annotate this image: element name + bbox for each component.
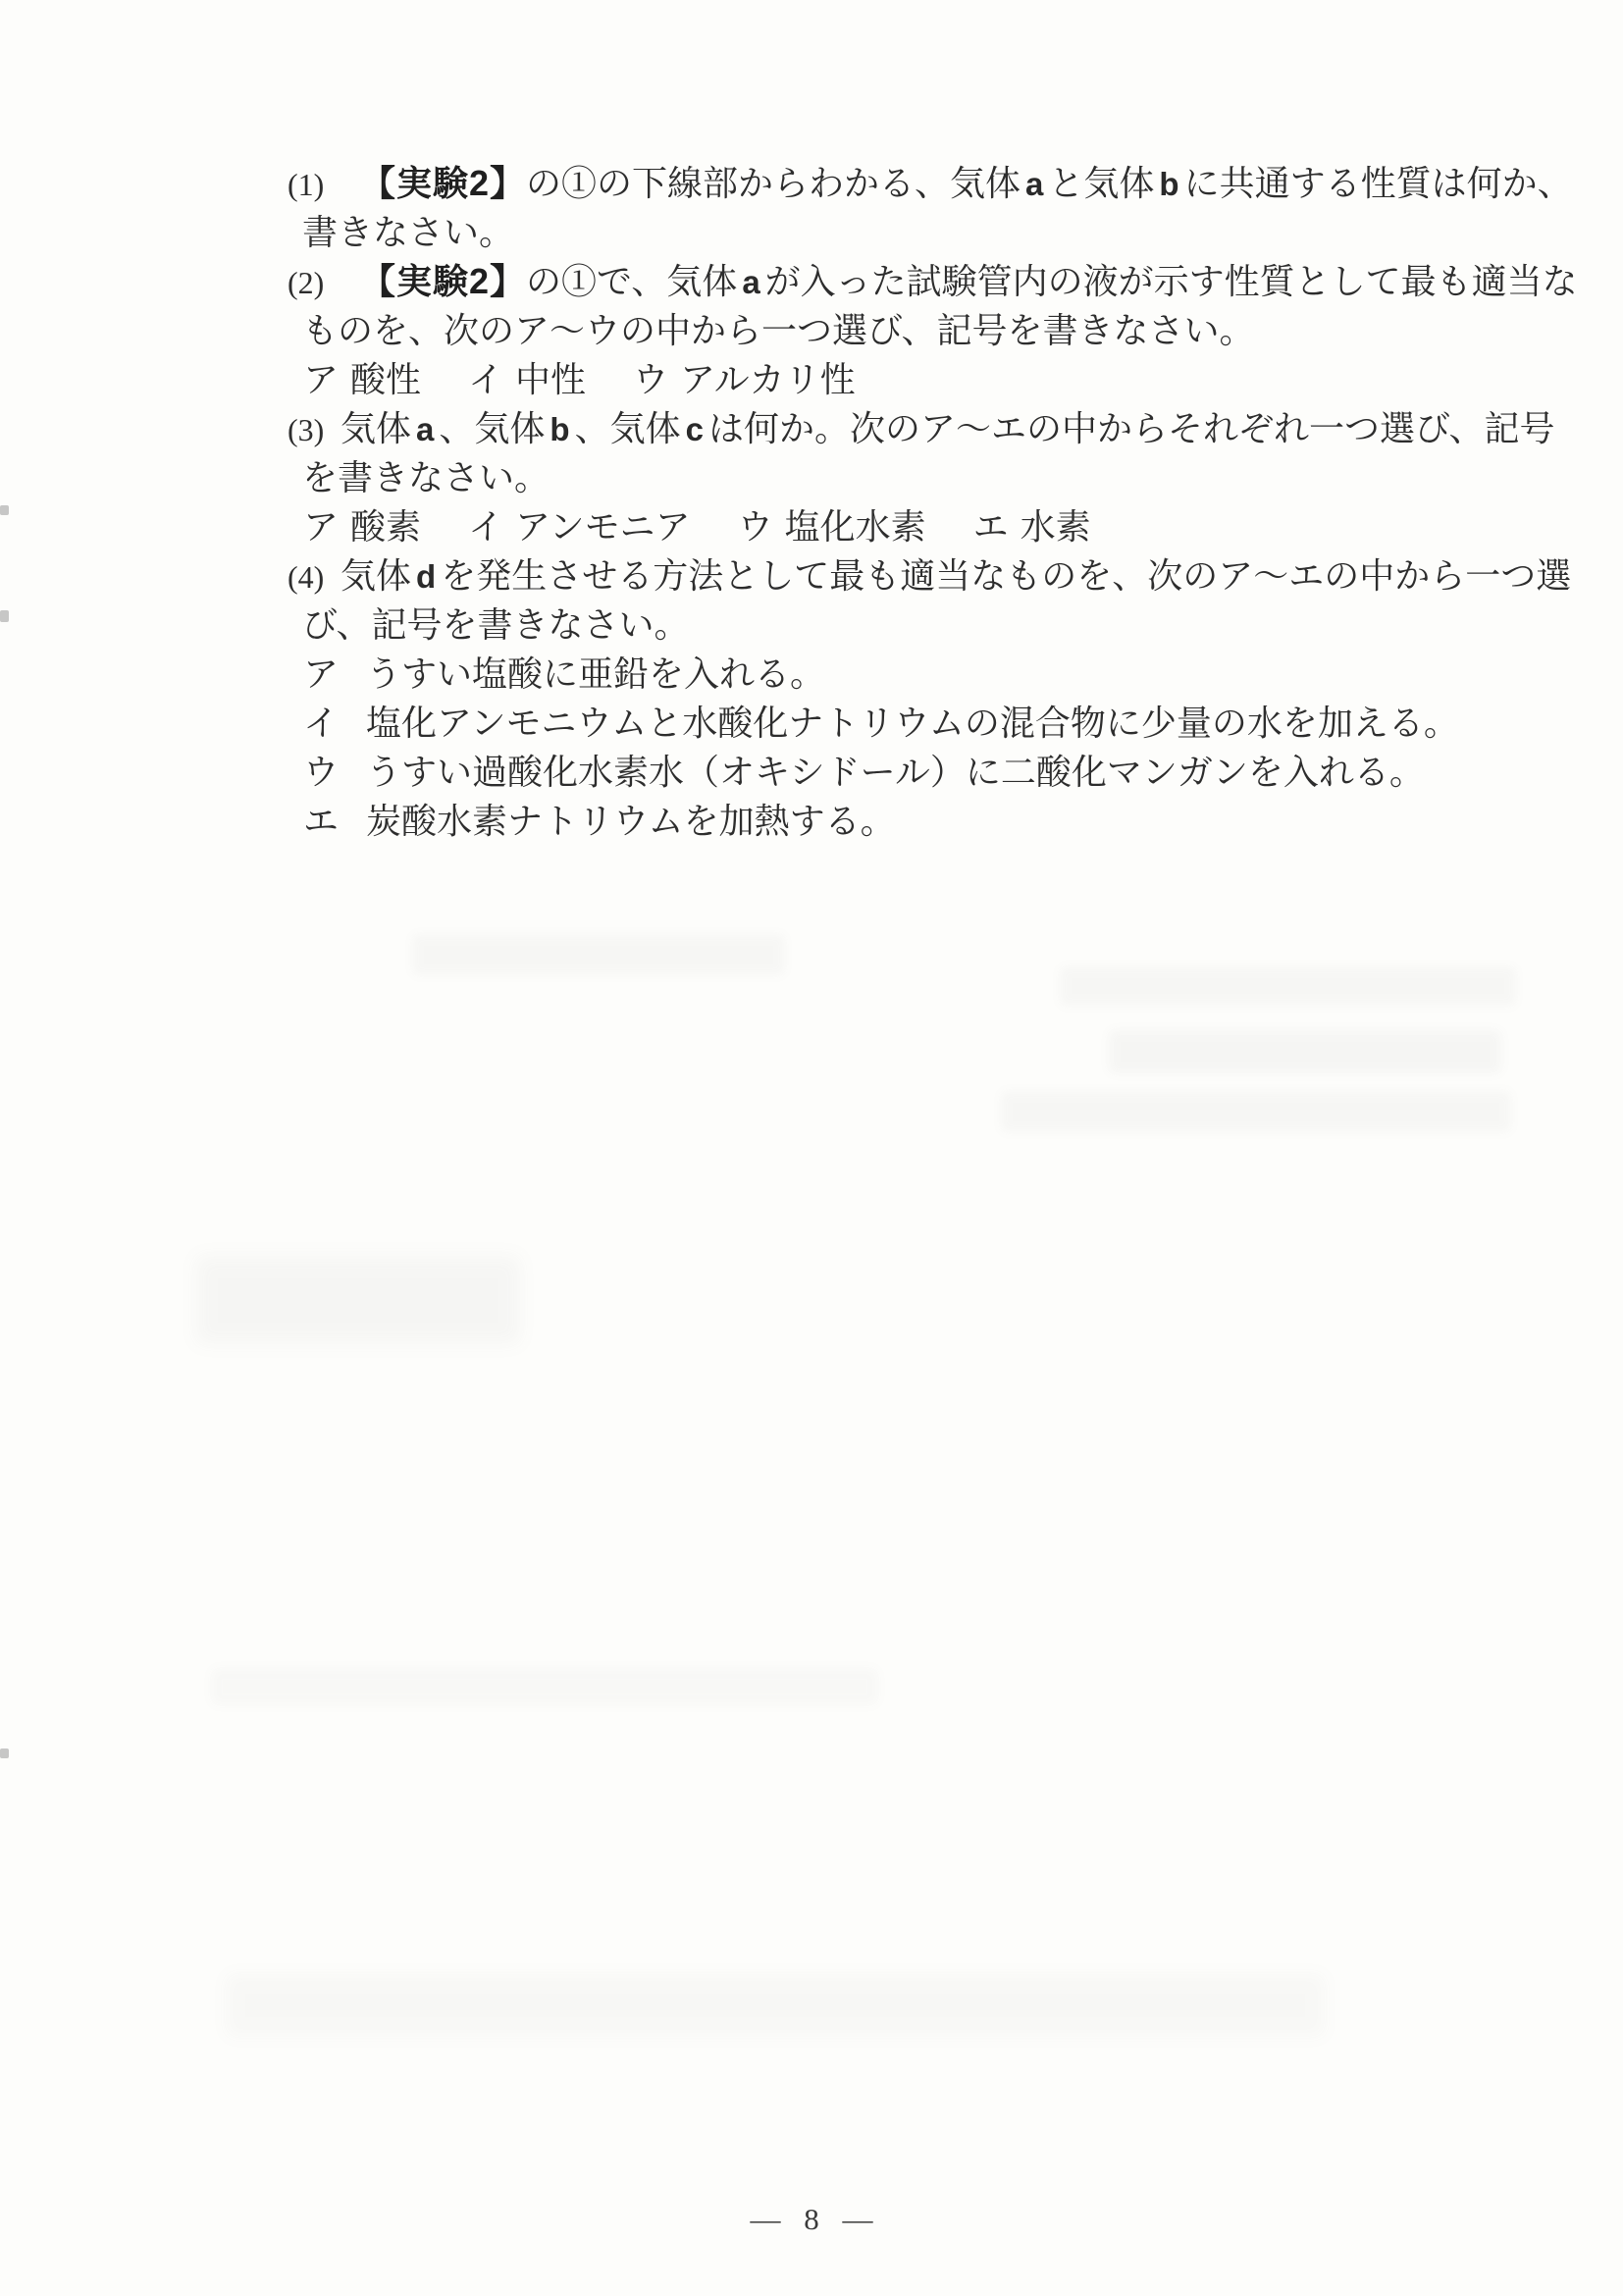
gas-letter: c [686, 411, 704, 447]
option-text: アルカリ性 [680, 360, 856, 399]
answer-option: イアンモニア [468, 502, 691, 551]
gas-letter: a [742, 264, 759, 300]
question-line-continuation: 書きなさい。 [288, 208, 1460, 257]
experiment-ref-bold: 【実験2】 [360, 261, 526, 301]
question-line-continuation: び、記号を書きなさい。 [288, 600, 1460, 650]
question-line: (4)気体dを発生させる方法として最も適当なものを、次のア～エの中から一つ選 [288, 551, 1460, 600]
gas-letter: a [1025, 166, 1043, 202]
question-line: (1)【実験2】の①の下線部からわかる、気体aと気体bに共通する性質は何か、 [288, 159, 1460, 208]
scan-edge-mark [0, 610, 9, 622]
answer-option-line: エ炭酸水素ナトリウムを加熱する。 [288, 797, 1460, 846]
option-label: ア [303, 650, 366, 699]
scan-bleed-artifact [1060, 966, 1516, 1006]
option-label: ウ [633, 355, 680, 404]
option-text: アンモニア [515, 507, 691, 547]
scan-bleed-artifact [1001, 1091, 1511, 1132]
answer-option-line: アうすい塩酸に亜鉛を入れる。 [288, 650, 1460, 699]
page-number: — 8 — [0, 2196, 1623, 2243]
option-text: 水素 [1021, 507, 1091, 547]
question-area: (1)【実験2】の①の下線部からわかる、気体aと気体bに共通する性質は何か、書き… [288, 159, 1460, 846]
scan-bleed-artifact [226, 1974, 1325, 2037]
option-label: ア [303, 355, 350, 404]
gas-letter: d [416, 558, 436, 595]
option-text: 中性 [515, 360, 586, 399]
option-text: 酸素 [350, 507, 421, 547]
answer-options-row: ア酸素イアンモニアウ塩化水素エ水素 [288, 502, 1460, 551]
option-label: イ [468, 355, 515, 404]
scan-bleed-artifact [412, 934, 785, 975]
option-label: イ [303, 699, 366, 748]
scan-edge-mark [0, 1748, 9, 1758]
answer-option-line: イ塩化アンモニウムと水酸化ナトリウムの混合物に少量の水を加える。 [288, 699, 1460, 748]
question-text: を発生させる方法として最も適当なものを、次のア～エの中から一つ選 [441, 556, 1571, 596]
scanned-exam-page: { "page": { "page_number": "— 8 —" }, "q… [0, 0, 1623, 2296]
question-text: に共通する性質は何か、 [1184, 164, 1573, 203]
answer-option: ウアルカリ性 [633, 355, 856, 404]
question-text: 、気体 [439, 409, 545, 448]
answer-option-line: ウうすい過酸化水素水（オキシドール）に二酸化マンガンを入れる。 [288, 748, 1460, 797]
scan-edge-mark [0, 505, 9, 515]
question-text: 炭酸水素ナトリウムを加熱する。 [366, 802, 896, 841]
question-text: ものを、次のア～ウの中から一つ選び、記号を書きなさい。 [302, 311, 1255, 350]
question-line: (3)気体a、気体b、気体cは何か。次のア～エの中からそれぞれ一つ選び、記号 [288, 404, 1460, 453]
question-text: と気体 [1048, 164, 1154, 203]
question-text: 、気体 [575, 409, 681, 448]
gas-letter: a [416, 411, 434, 447]
question-text: び、記号を書きなさい。 [302, 605, 690, 645]
question-text: の①で、気体 [526, 262, 737, 301]
gas-letter: b [1159, 166, 1178, 202]
answer-option: エ水素 [973, 502, 1091, 551]
scan-bleed-artifact [211, 1668, 878, 1705]
question-number: (4) [288, 552, 340, 601]
answer-option: ウ塩化水素 [738, 502, 926, 551]
question-text: うすい過酸化水素水（オキシドール）に二酸化マンガンを入れる。 [366, 753, 1425, 792]
experiment-ref-bold: 【実験2】 [360, 163, 526, 203]
gas-letter: b [550, 411, 569, 447]
scan-bleed-artifact [1109, 1030, 1501, 1073]
option-label: エ [303, 797, 366, 846]
option-label: ウ [738, 502, 785, 551]
answer-option: ア酸素 [303, 502, 421, 551]
question-text: 気体 [340, 409, 411, 448]
option-label: ウ [303, 748, 366, 797]
question-line: (2)【実験2】の①で、気体aが入った試験管内の液が示す性質として最も適当な [288, 257, 1460, 306]
question-text: を書きなさい。 [302, 458, 550, 497]
option-label: イ [468, 502, 515, 551]
question-text: 気体 [340, 556, 411, 596]
question-number: (1) [288, 160, 340, 209]
question-text: 書きなさい。 [302, 213, 514, 252]
option-text: 塩化水素 [785, 507, 926, 547]
question-line-continuation: ものを、次のア～ウの中から一つ選び、記号を書きなさい。 [288, 306, 1460, 355]
option-label: ア [303, 502, 350, 551]
answer-option: ア酸性 [303, 355, 421, 404]
question-line-continuation: を書きなさい。 [288, 453, 1460, 502]
question-text: の①の下線部からわかる、気体 [526, 164, 1021, 203]
question-text: は何か。次のア～エの中からそれぞれ一つ選び、記号 [708, 409, 1555, 448]
question-text: うすい塩酸に亜鉛を入れる。 [366, 654, 825, 694]
question-number: (2) [288, 258, 340, 307]
answer-option: イ中性 [468, 355, 586, 404]
question-text: が入った試験管内の液が示す性質として最も適当な [765, 262, 1578, 301]
option-label: エ [973, 502, 1021, 551]
scan-bleed-artifact [196, 1256, 520, 1344]
question-text: 塩化アンモニウムと水酸化ナトリウムの混合物に少量の水を加える。 [366, 704, 1459, 743]
answer-options-row: ア酸性イ中性ウアルカリ性 [288, 355, 1460, 404]
question-number: (3) [288, 405, 340, 454]
option-text: 酸性 [350, 360, 421, 399]
